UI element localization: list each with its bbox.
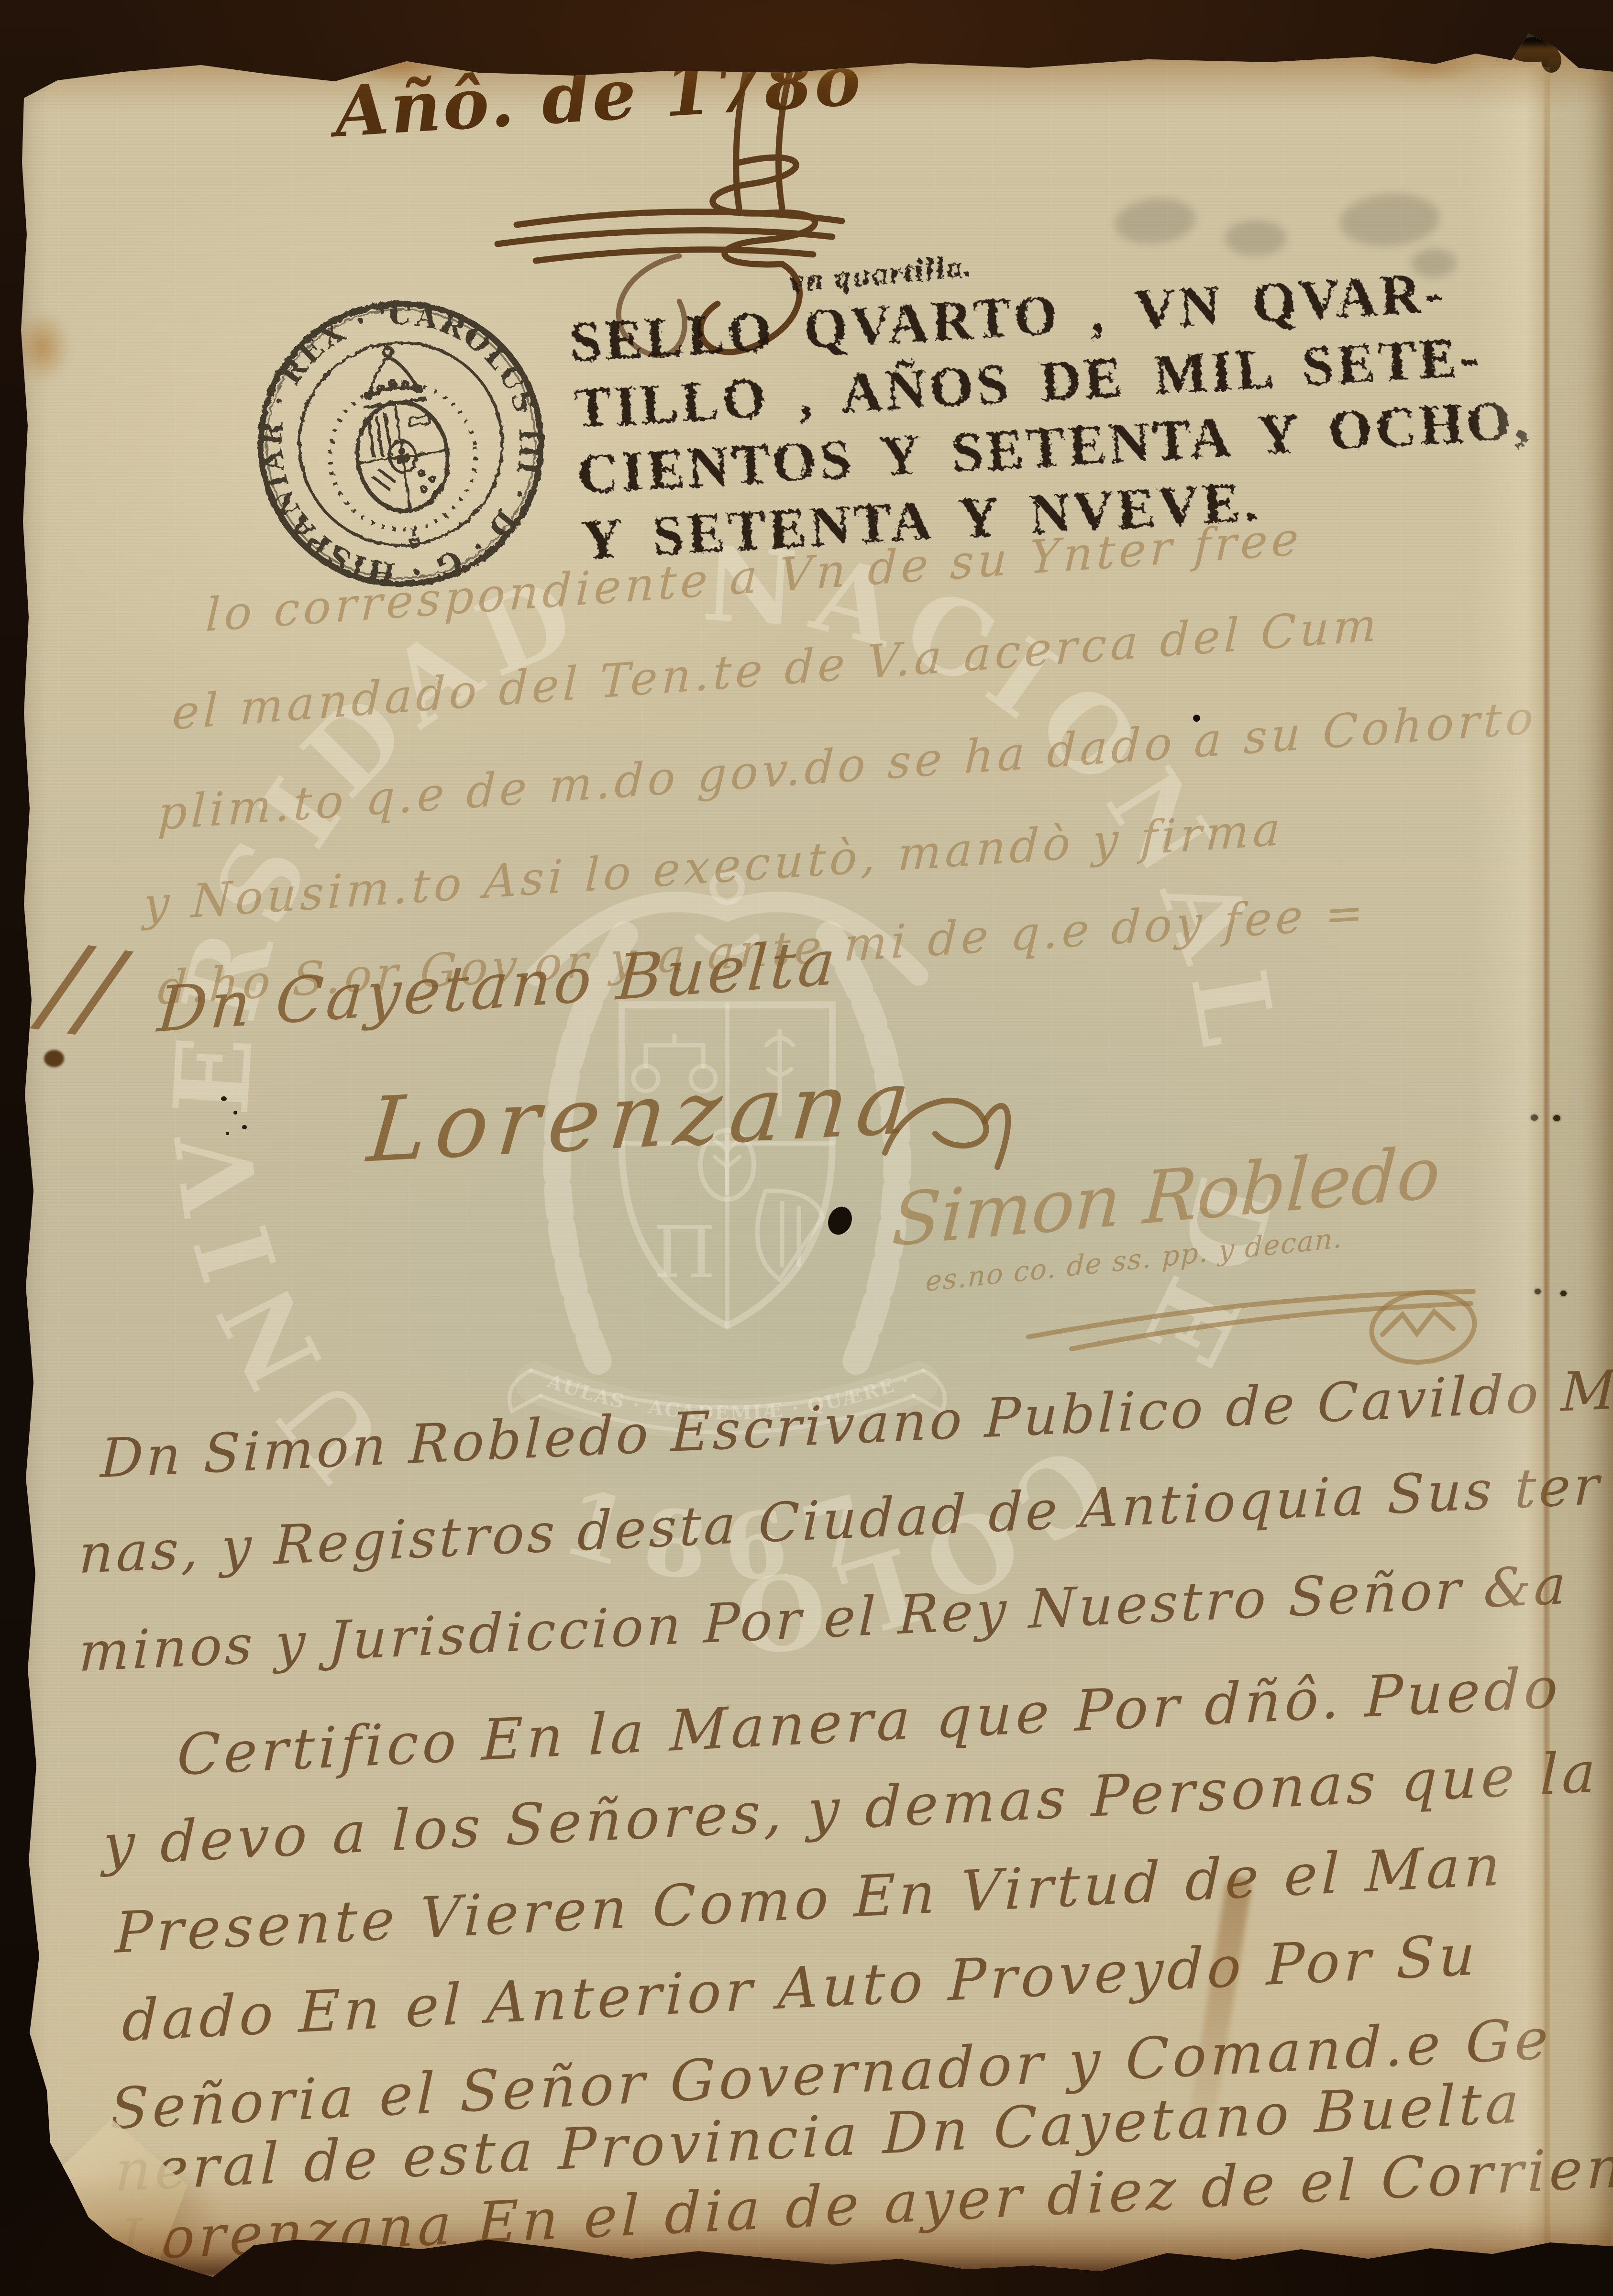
royal-seal-stamp: CAROLUS III · D · G · HISPANIAR · REX · — [249, 292, 555, 603]
stitch-hole — [1535, 1289, 1541, 1294]
ghost-stamp-smudge — [1113, 194, 1198, 248]
governor-rubric-icon — [861, 1067, 1033, 1177]
edge-stain — [13, 311, 71, 383]
witness-slash-marks: // — [36, 919, 128, 1056]
folded-leaf-edge — [1548, 57, 1613, 2258]
ink-blot — [44, 1050, 64, 1067]
ghost-stamp-smudge — [1411, 249, 1457, 277]
paper-tear-hole — [1541, 48, 1561, 73]
ink-speckles — [242, 1125, 247, 1129]
ink-blot — [1193, 715, 1200, 722]
manuscript-page: UNIVERSIDAD NACIONAL DE COLOMBIA 1867 — [0, 0, 1613, 2296]
fold-crease — [1544, 67, 1548, 2248]
svg-text:Π: Π — [653, 1211, 716, 1294]
stitch-hole — [1560, 1291, 1567, 1296]
scribe-rubric-icon — [1014, 1253, 1492, 1378]
stitch-hole — [1531, 1115, 1538, 1121]
sello-cuarto-stamp: SELLO QVARTO , VN QVAR- TILLO , AÑOS DE … — [568, 255, 1537, 574]
ink-speckles — [221, 1096, 227, 1101]
royal-coat-of-arms-icon — [315, 333, 487, 556]
ghost-stamp-smudge — [1225, 220, 1287, 256]
ink-speckles — [233, 1111, 237, 1115]
ink-speckles — [226, 1132, 229, 1135]
ghost-stamp-smudge — [1337, 190, 1441, 250]
stitch-hole — [1553, 1115, 1560, 1121]
photograph-backdrop: UNIVERSIDAD NACIONAL DE COLOMBIA 1867 — [0, 0, 1613, 2296]
